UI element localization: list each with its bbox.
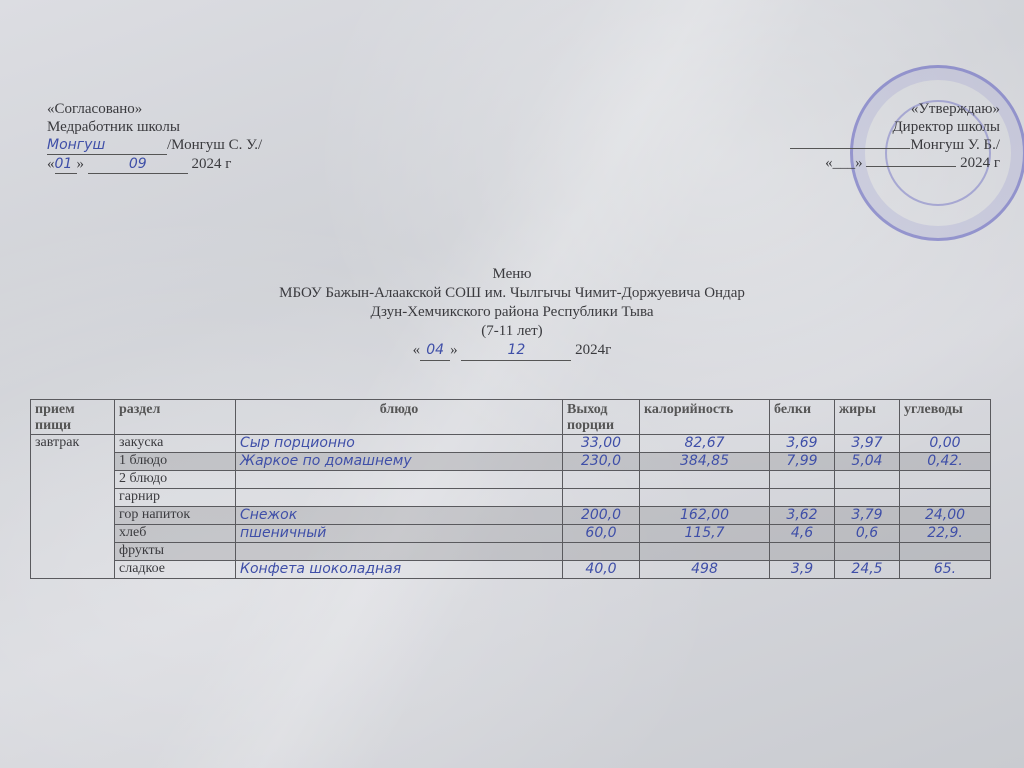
dish-cell: пшеничный [236, 525, 563, 543]
approval-left-day: 01 [55, 155, 77, 174]
portion-cell: 230,0 [563, 453, 640, 471]
menu-month: 12 [461, 341, 571, 361]
protein-cell [770, 471, 835, 489]
approval-right-title: «Утверждаю» [790, 100, 1000, 118]
protein-cell: 4,6 [770, 525, 835, 543]
col-portion: Выход порции [563, 400, 640, 435]
section-cell: хлеб [115, 525, 236, 543]
calories-cell [640, 543, 770, 561]
dish-cell [236, 471, 563, 489]
protein-cell: 7,99 [770, 453, 835, 471]
table-row: хлебпшеничный60,0115,74,60,622,9. [31, 525, 991, 543]
carbs-cell: 65. [900, 561, 991, 579]
section-cell: фрукты [115, 543, 236, 561]
approval-left-title: «Согласовано» [47, 100, 262, 118]
protein-cell: 3,9 [770, 561, 835, 579]
protein-cell: 3,69 [770, 435, 835, 453]
carbs-cell: 0,00 [900, 435, 991, 453]
menu-title: Меню [0, 265, 1024, 284]
fat-cell: 3,97 [835, 435, 900, 453]
table-row: завтракзакускаСыр порционно33,0082,673,6… [31, 435, 991, 453]
fat-cell: 24,5 [835, 561, 900, 579]
portion-cell [563, 489, 640, 507]
section-cell: 1 блюдо [115, 453, 236, 471]
col-fat: жиры [835, 400, 900, 435]
approval-right-role: Директор школы [790, 118, 1000, 136]
table-row: гарнир [31, 489, 991, 507]
menu-day: 04 [420, 341, 450, 361]
carbs-cell: 22,9. [900, 525, 991, 543]
approval-left-name: /Монгуш С. У./ [167, 137, 262, 153]
table-row: 2 блюдо [31, 471, 991, 489]
col-carbs: углеводы [900, 400, 991, 435]
dish-cell: Конфета шоколадная [236, 561, 563, 579]
calories-cell: 162,00 [640, 507, 770, 525]
carbs-cell [900, 543, 991, 561]
calories-cell [640, 471, 770, 489]
protein-cell [770, 543, 835, 561]
menu-year: 2024г [575, 342, 611, 358]
table-row: сладкоеКонфета шоколадная40,04983,924,56… [31, 561, 991, 579]
fat-cell: 0,6 [835, 525, 900, 543]
school-name: МБОУ Бажын-Алаакской СОШ им. Чылгычы Чим… [0, 284, 1024, 303]
section-cell: закуска [115, 435, 236, 453]
dish-cell: Снежок [236, 507, 563, 525]
approval-left-month: 09 [88, 155, 188, 174]
carbs-cell: 24,00 [900, 507, 991, 525]
calories-cell: 82,67 [640, 435, 770, 453]
section-cell: гарнир [115, 489, 236, 507]
portion-cell: 33,00 [563, 435, 640, 453]
portion-cell [563, 471, 640, 489]
table-row: фрукты [31, 543, 991, 561]
fat-cell: 3,79 [835, 507, 900, 525]
approval-left: «Согласовано» Медработник школы Монгуш/М… [47, 100, 262, 174]
col-dish: блюдо [236, 400, 563, 435]
calories-cell [640, 489, 770, 507]
approval-right-year: 2024 г [960, 155, 1000, 171]
approval-right-day: «___» [825, 155, 863, 171]
portion-cell: 60,0 [563, 525, 640, 543]
region-name: Дзун-Хемчикского района Республики Тыва [0, 303, 1024, 322]
portion-cell: 40,0 [563, 561, 640, 579]
meal-cell: завтрак [31, 435, 115, 579]
calories-cell: 498 [640, 561, 770, 579]
col-protein: белки [770, 400, 835, 435]
calories-cell: 384,85 [640, 453, 770, 471]
dish-cell: Сыр порционно [236, 435, 563, 453]
approval-right: «Утверждаю» Директор школы Монгуш У. Б./… [790, 100, 1000, 172]
portion-cell [563, 543, 640, 561]
table-row: гор напитокСнежок200,0162,003,623,7924,0… [31, 507, 991, 525]
carbs-cell: 0,42. [900, 453, 991, 471]
table-header: прием пищи раздел блюдо Выход порции кал… [31, 400, 991, 435]
col-section: раздел [115, 400, 236, 435]
carbs-cell [900, 471, 991, 489]
approval-left-role: Медработник школы [47, 118, 262, 136]
dish-cell: Жаркое по домашнему [236, 453, 563, 471]
protein-cell [770, 489, 835, 507]
fat-cell [835, 543, 900, 561]
calories-cell: 115,7 [640, 525, 770, 543]
section-cell: сладкое [115, 561, 236, 579]
section-cell: 2 блюдо [115, 471, 236, 489]
age-group: (7-11 лет) [0, 322, 1024, 341]
menu-table: прием пищи раздел блюдо Выход порции кал… [30, 399, 991, 579]
portion-cell: 200,0 [563, 507, 640, 525]
approval-right-name: Монгуш У. Б./ [910, 137, 1000, 153]
dish-cell [236, 489, 563, 507]
dish-cell [236, 543, 563, 561]
menu-header: Меню МБОУ Бажын-Алаакской СОШ им. Чылгыч… [0, 265, 1024, 361]
protein-cell: 3,62 [770, 507, 835, 525]
col-calories: калорийность [640, 400, 770, 435]
signature-left: Монгуш [47, 136, 167, 155]
table-row: 1 блюдоЖаркое по домашнему230,0384,857,9… [31, 453, 991, 471]
section-cell: гор напиток [115, 507, 236, 525]
fat-cell: 5,04 [835, 453, 900, 471]
fat-cell [835, 489, 900, 507]
carbs-cell [900, 489, 991, 507]
fat-cell [835, 471, 900, 489]
approval-left-year: 2024 г [192, 156, 232, 172]
col-meal: прием пищи [31, 400, 115, 435]
